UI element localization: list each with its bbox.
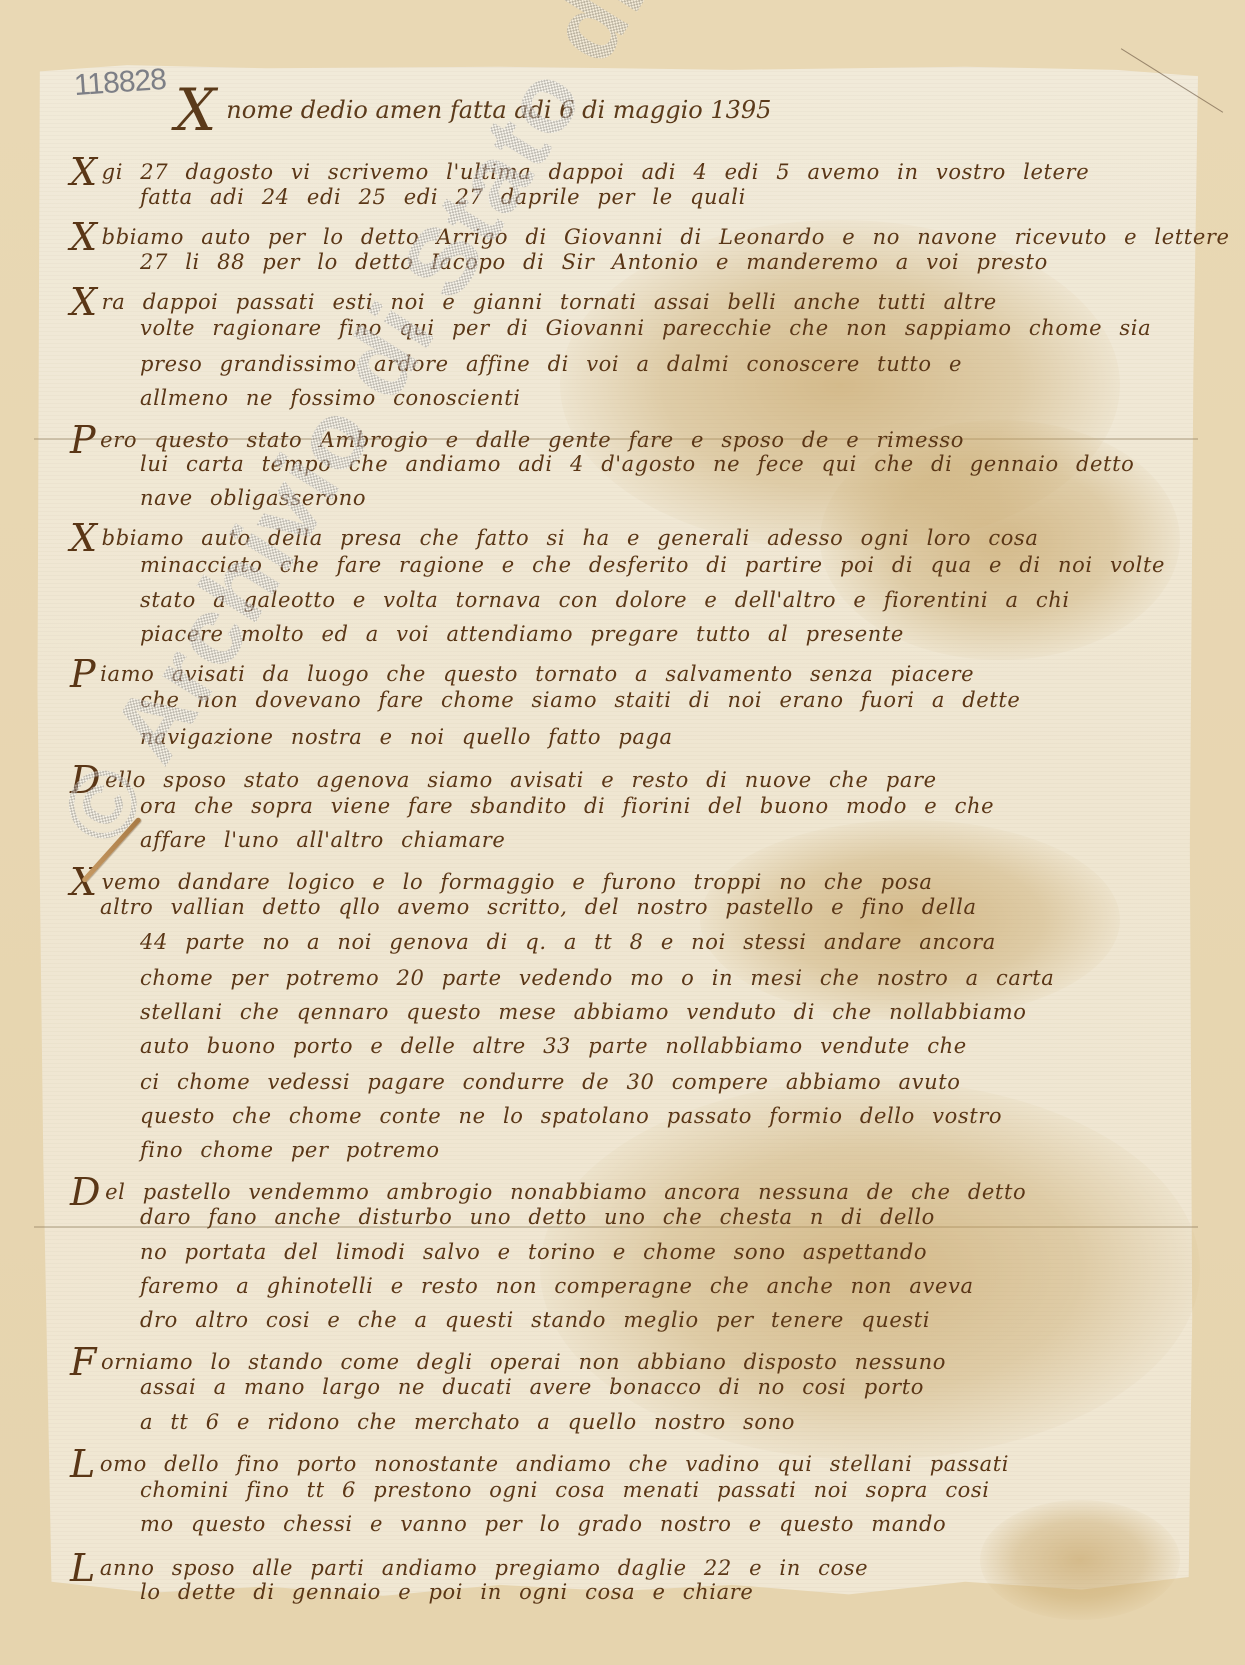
- line-text: ello sposo stato agenova siamo avisati e…: [105, 768, 937, 792]
- heading-initial: X: [175, 76, 216, 144]
- line-text: no portata del limodi salvo e torino e c…: [140, 1240, 927, 1264]
- manuscript-line: dro altro cosi e che a questi stando meg…: [140, 1308, 930, 1332]
- manuscript-line: stellani che qennaro questo mese abbiamo…: [140, 1000, 1027, 1024]
- line-text: lui carta tempo che andiamo adi 4 d'agos…: [140, 452, 1134, 476]
- line-text: a tt 6 e ridono che merchato a quello no…: [140, 1410, 795, 1434]
- line-text: navigazione nostra e noi quello fatto pa…: [140, 725, 673, 749]
- manuscript-line: fatta adi 24 edi 25 edi 27 daprile per l…: [140, 185, 746, 209]
- manuscript-line: preso grandissimo ardore affine di voi a…: [140, 352, 962, 376]
- line-initial: X: [70, 280, 98, 324]
- line-text: ra dappoi passati esti noi e gianni torn…: [102, 290, 997, 314]
- line-initial: P: [70, 418, 96, 462]
- line-text: volte ragionare fino qui per di Giovanni…: [140, 316, 1151, 340]
- manuscript-line: assai a mano largo ne ducati avere bonac…: [140, 1375, 924, 1399]
- manuscript-line: fino chome per potremo: [140, 1138, 440, 1162]
- line-text: chome per potremo 20 parte vedendo mo o …: [140, 966, 1054, 990]
- manuscript-line: lo dette di gennaio e poi in ogni cosa e…: [140, 1580, 753, 1604]
- manuscript-line: allmeno ne fossimo conoscienti: [140, 386, 521, 410]
- line-initial: D: [70, 1170, 101, 1214]
- manuscript-line: ora che sopra viene fare sbandito di fio…: [140, 794, 994, 818]
- line-text: affare l'uno all'altro chiamare: [140, 828, 505, 852]
- line-text: el pastello vendemmo ambrogio nonabbiamo…: [105, 1180, 1026, 1204]
- line-text: nave obligasserono: [140, 486, 366, 510]
- line-text: preso grandissimo ardore affine di voi a…: [140, 352, 962, 376]
- line-text: iamo avisati da luogo che questo tornato…: [100, 662, 974, 686]
- line-initial: X: [70, 516, 98, 560]
- line-text: 27 li 88 per lo detto Iacopo di Sir Anto…: [140, 250, 1048, 274]
- line-initial: D: [70, 758, 101, 802]
- line-text: mo questo chessi e vanno per lo grado no…: [140, 1512, 946, 1536]
- line-text: faremo a ghinotelli e resto non comperag…: [140, 1274, 974, 1298]
- line-initial: X: [70, 150, 98, 194]
- line-text: che non dovevano fare chome siamo staiti…: [140, 688, 1020, 712]
- manuscript-line: chomini fino tt 6 prestono ogni cosa men…: [140, 1478, 990, 1502]
- line-initial: L: [70, 1546, 96, 1590]
- manuscript-line: volte ragionare fino qui per di Giovanni…: [140, 316, 1151, 340]
- line-text: vemo dandare logico e lo formaggio e fur…: [102, 870, 933, 894]
- line-text: minacciato che fare ragione e che desfer…: [140, 553, 1165, 577]
- line-text: ero questo stato Ambrogio e dalle gente …: [100, 428, 964, 452]
- manuscript-line: 27 li 88 per lo detto Iacopo di Sir Anto…: [140, 250, 1048, 274]
- manuscript-line: piacere molto ed a voi attendiamo pregar…: [140, 622, 904, 646]
- heading-text: nome dedio amen fatta adi 6 di maggio 13…: [226, 96, 771, 124]
- manuscript-line: 44 parte no a noi genova di q. a tt 8 e …: [140, 930, 996, 954]
- manuscript-line: altro vallian detto qllo avemo scritto, …: [100, 895, 977, 919]
- manuscript-line: auto buono porto e delle altre 33 parte …: [140, 1034, 967, 1058]
- line-initial: P: [70, 652, 96, 696]
- line-text: fino chome per potremo: [140, 1138, 440, 1162]
- catalog-number: 118828: [73, 63, 167, 103]
- line-text: allmeno ne fossimo conoscienti: [140, 386, 521, 410]
- line-text: orniamo lo stando come degli operai non …: [101, 1350, 946, 1374]
- manuscript-line: navigazione nostra e noi quello fatto pa…: [140, 725, 673, 749]
- manuscript-line: mo questo chessi e vanno per lo grado no…: [140, 1512, 946, 1536]
- manuscript-line: ci chome vedessi pagare condurre de 30 c…: [140, 1070, 961, 1094]
- line-text: 44 parte no a noi genova di q. a tt 8 e …: [140, 930, 996, 954]
- line-text: bbiamo auto per lo detto Arrigo di Giova…: [102, 225, 1230, 249]
- line-text: questo che chome conte ne lo spatolano p…: [140, 1104, 1002, 1128]
- line-text: stato a galeotto e volta tornava con dol…: [140, 588, 1070, 612]
- line-text: stellani che qennaro questo mese abbiamo…: [140, 1000, 1027, 1024]
- manuscript-line: minacciato che fare ragione e che desfer…: [140, 553, 1165, 577]
- line-text: daro fano anche disturbo uno detto uno c…: [140, 1205, 935, 1229]
- manuscript-line: faremo a ghinotelli e resto non comperag…: [140, 1274, 974, 1298]
- manuscript-line: stato a galeotto e volta tornava con dol…: [140, 588, 1070, 612]
- line-text: ora che sopra viene fare sbandito di fio…: [140, 794, 994, 818]
- manuscript-line: daro fano anche disturbo uno detto uno c…: [140, 1205, 935, 1229]
- line-text: bbiamo auto della presa che fatto si ha …: [102, 526, 1039, 550]
- line-text: piacere molto ed a voi attendiamo pregar…: [140, 622, 904, 646]
- line-text: assai a mano largo ne ducati avere bonac…: [140, 1375, 924, 1399]
- line-text: auto buono porto e delle altre 33 parte …: [140, 1034, 967, 1058]
- manuscript-line: questo che chome conte ne lo spatolano p…: [140, 1104, 1002, 1128]
- manuscript-line: a tt 6 e ridono che merchato a quello no…: [140, 1410, 795, 1434]
- line-initial: X: [70, 215, 98, 259]
- line-text: chomini fino tt 6 prestono ogni cosa men…: [140, 1478, 990, 1502]
- letter-heading: Xnome dedio amen fatta adi 6 di maggio 1…: [175, 76, 771, 144]
- manuscript-line: lui carta tempo che andiamo adi 4 d'agos…: [140, 452, 1134, 476]
- manuscript-line: no portata del limodi salvo e torino e c…: [140, 1240, 927, 1264]
- line-initial: L: [70, 1442, 96, 1486]
- line-initial: F: [70, 1340, 97, 1384]
- manuscript-line: affare l'uno all'altro chiamare: [140, 828, 505, 852]
- manuscript-line: nave obligasserono: [140, 486, 366, 510]
- manuscript-line: che non dovevano fare chome siamo staiti…: [140, 688, 1020, 712]
- line-text: omo dello fino porto nonostante andiamo …: [100, 1452, 1009, 1476]
- line-text: altro vallian detto qllo avemo scritto, …: [100, 895, 977, 919]
- manuscript-line: chome per potremo 20 parte vedendo mo o …: [140, 966, 1054, 990]
- line-text: ci chome vedessi pagare condurre de 30 c…: [140, 1070, 961, 1094]
- line-text: anno sposo alle parti andiamo pregiamo d…: [100, 1556, 868, 1580]
- line-text: dro altro cosi e che a questi stando meg…: [140, 1308, 930, 1332]
- line-text: lo dette di gennaio e poi in ogni cosa e…: [140, 1580, 753, 1604]
- line-text: gi 27 dagosto vi scrivemo l'ultima dappo…: [102, 160, 1090, 184]
- line-text: fatta adi 24 edi 25 edi 27 daprile per l…: [140, 185, 746, 209]
